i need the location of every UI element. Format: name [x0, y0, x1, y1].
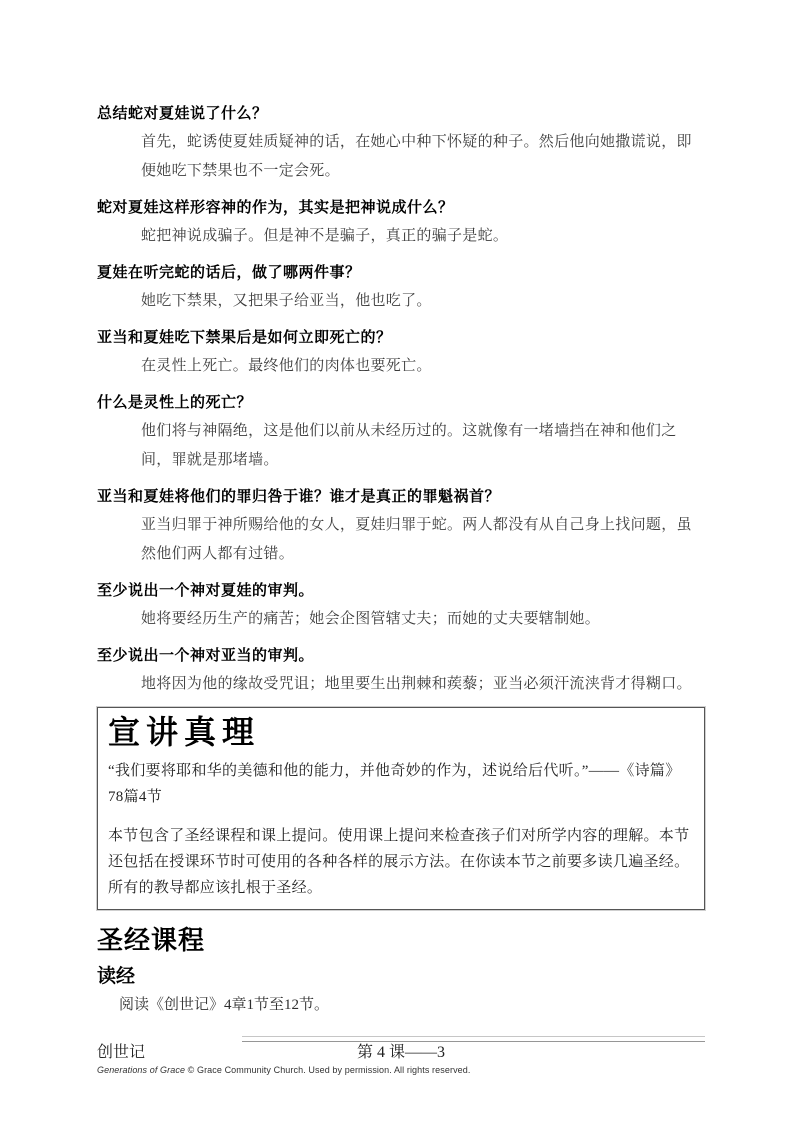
question-text: 什么是灵性上的死亡？: [97, 389, 705, 416]
question-text: 至少说出一个神对亚当的审判。: [97, 642, 705, 669]
qa-block: 至少说出一个神对夏娃的审判。 她将要经历生产的痛苦；她会企图管辖丈夫；而她的丈夫…: [97, 577, 705, 633]
footer-row: 创世记 第 4 课——3: [97, 1043, 705, 1063]
qa-block: 蛇对夏娃这样形容神的作为，其实是把神说成什么？ 蛇把神说成骗子。但是神不是骗子，…: [97, 194, 705, 250]
question-text: 总结蛇对夏娃说了什么？: [97, 100, 705, 127]
qa-block: 总结蛇对夏娃说了什么？ 首先，蛇诱使夏娃质疑神的话，在她心中种下怀疑的种子。然后…: [97, 100, 705, 185]
footer-divider: [242, 1036, 705, 1042]
scripture-quote: “我们要将耶和华的美德和他的能力，并他奇妙的作为，述说给后代听。”——《诗篇》7…: [108, 758, 690, 810]
answer-text: 地将因为他的缘故受咒诅；地里要生出荆棘和蒺藜；亚当必须汗流浃背才得糊口。: [97, 669, 705, 698]
document-content: 总结蛇对夏娃说了什么？ 首先，蛇诱使夏娃质疑神的话，在她心中种下怀疑的种子。然后…: [97, 100, 705, 1016]
footer-page-number: 第 4 课——3: [97, 1043, 705, 1063]
footer-copyright: Generations of Grace © Grace Community C…: [97, 1065, 705, 1075]
proclaim-truth-title: 宣讲真理: [108, 712, 690, 752]
question-text: 至少说出一个神对夏娃的审判。: [97, 577, 705, 604]
reading-instruction: 阅读《创世记》4章1节至12节。: [97, 994, 705, 1016]
answer-text: 她将要经历生产的痛苦；她会企图管辖丈夫；而她的丈夫要辖制她。: [97, 604, 705, 633]
answer-text: 她吃下禁果，又把果子给亚当，他也吃了。: [97, 286, 705, 315]
question-text: 蛇对夏娃这样形容神的作为，其实是把神说成什么？: [97, 194, 705, 221]
question-text: 亚当和夏娃吃下禁果后是如何立即死亡的？: [97, 324, 705, 351]
answer-text: 他们将与神隔绝，这是他们以前从未经历过的。这就像有一堵墙挡在神和他们之间，罪就是…: [97, 416, 705, 474]
answer-text: 在灵性上死亡。最终他们的肉体也要死亡。: [97, 351, 705, 380]
section-description: 本节包含了圣经课程和课上提问。使用课上提问来检查孩子们对所学内容的理解。本节还包…: [108, 823, 690, 901]
qa-block: 夏娃在听完蛇的话后，做了哪两件事？ 她吃下禁果，又把果子给亚当，他也吃了。: [97, 259, 705, 315]
document-page: 总结蛇对夏娃说了什么？ 首先，蛇诱使夏娃质疑神的话，在她心中种下怀疑的种子。然后…: [0, 0, 793, 1122]
question-text: 夏娃在听完蛇的话后，做了哪两件事？: [97, 259, 705, 286]
read-scripture-subheading: 读经: [97, 965, 705, 989]
proclaim-truth-box: 宣讲真理 “我们要将耶和华的美德和他的能力，并他奇妙的作为，述说给后代听。”——…: [97, 707, 705, 910]
bible-lesson-heading: 圣经课程: [97, 925, 705, 956]
question-text: 亚当和夏娃将他们的罪归咎于谁？谁才是真正的罪魁祸首？: [97, 483, 705, 510]
qa-block: 亚当和夏娃吃下禁果后是如何立即死亡的？ 在灵性上死亡。最终他们的肉体也要死亡。: [97, 324, 705, 380]
answer-text: 首先，蛇诱使夏娃质疑神的话，在她心中种下怀疑的种子。然后他向她撒谎说，即便她吃下…: [97, 127, 705, 185]
answer-text: 蛇把神说成骗子。但是神不是骗子，真正的骗子是蛇。: [97, 221, 705, 250]
qa-block: 什么是灵性上的死亡？ 他们将与神隔绝，这是他们以前从未经历过的。这就像有一堵墙挡…: [97, 389, 705, 474]
qa-block: 亚当和夏娃将他们的罪归咎于谁？谁才是真正的罪魁祸首？ 亚当归罪于神所赐给他的女人…: [97, 483, 705, 568]
qa-block: 至少说出一个神对亚当的审判。 地将因为他的缘故受咒诅；地里要生出荆棘和蒺藜；亚当…: [97, 642, 705, 698]
page-footer: 创世记 第 4 课——3 Generations of Grace © Grac…: [97, 1036, 705, 1075]
copyright-series-name: Generations of Grace: [97, 1065, 185, 1075]
copyright-text: © Grace Community Church. Used by permis…: [185, 1065, 470, 1075]
answer-text: 亚当归罪于神所赐给他的女人，夏娃归罪于蛇。两人都没有从自己身上找问题，虽然他们两…: [97, 510, 705, 568]
